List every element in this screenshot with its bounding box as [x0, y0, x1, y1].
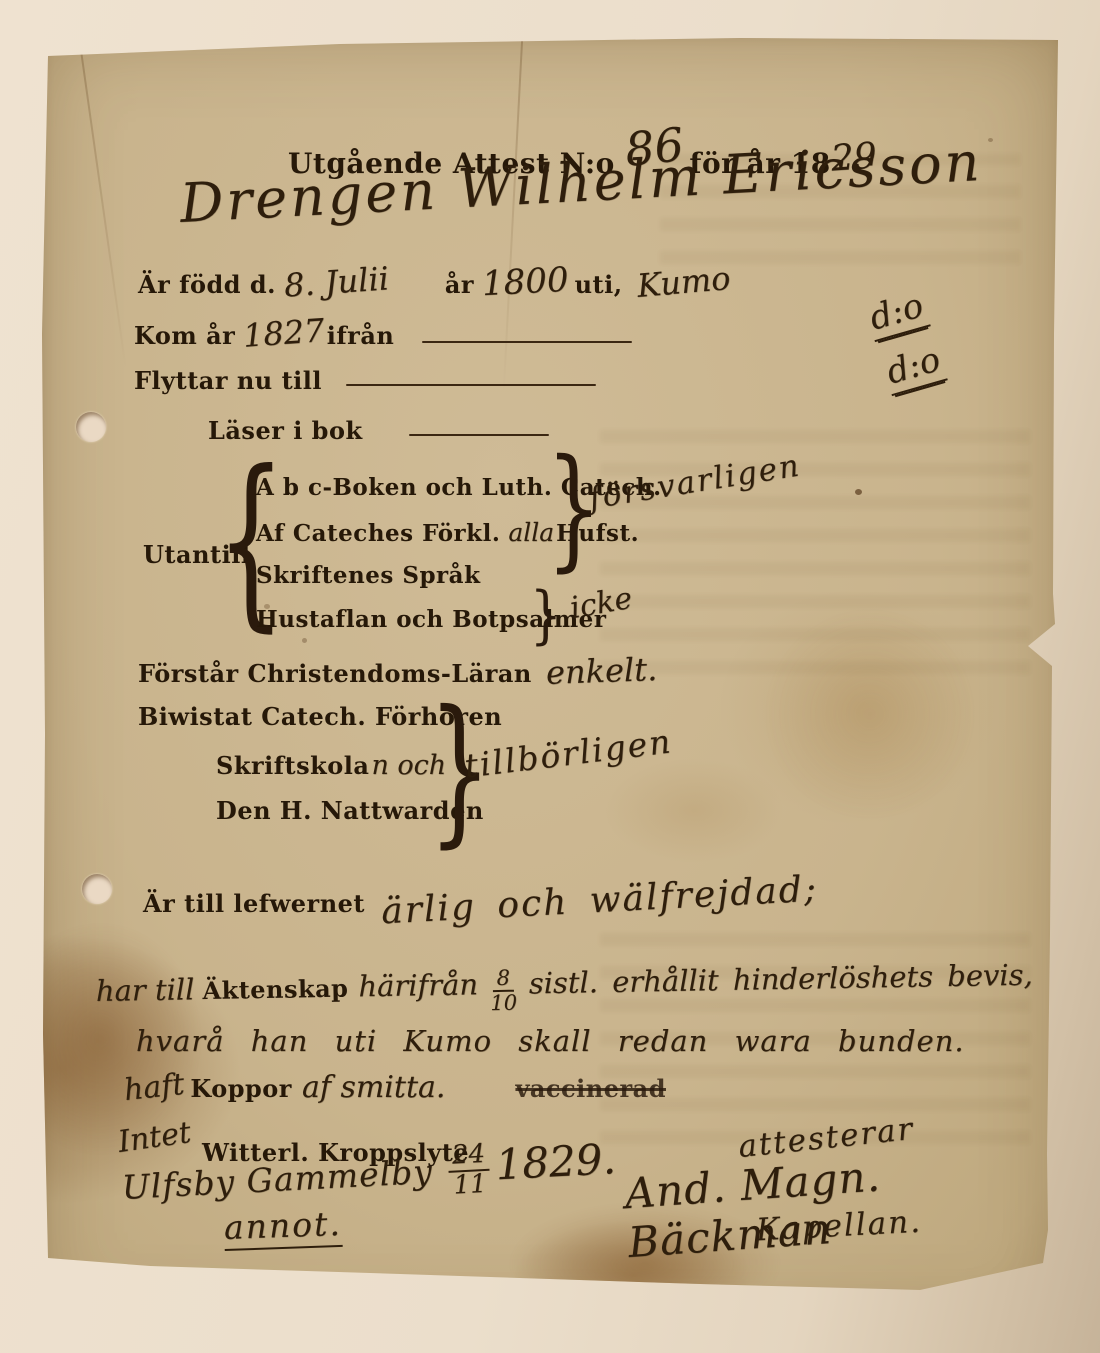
born-uti-label: uti, — [575, 270, 623, 299]
marriage-line2: hvarå han uti Kumo skall redan wara bund… — [136, 1024, 965, 1058]
fill-in-line — [422, 341, 632, 343]
paper-crease-left — [79, 43, 127, 370]
born-year-label: år — [445, 270, 474, 299]
ink-spot — [988, 138, 993, 142]
came-label2: ifrån — [327, 321, 395, 350]
utantill-item2-label: Af Cateches Förkl. — [256, 520, 500, 547]
fill-in-line — [346, 384, 596, 386]
fraction-numerator: 24 — [447, 1141, 490, 1173]
understanding-handwritten: enkelt. — [545, 650, 657, 692]
smallpox-hand1: haft — [122, 1067, 186, 1108]
moving-line: Flyttar nu till — [134, 366, 596, 395]
punch-hole-top — [76, 412, 106, 442]
smallpox-struck-option: vaccinerad — [515, 1074, 666, 1103]
born-place-handwritten: Kumo — [635, 259, 731, 305]
dateline-year-handwritten: 1829. — [494, 1134, 617, 1189]
conduct-label: Är till lefwernet — [143, 889, 365, 918]
born-year-handwritten: 1800 — [481, 260, 570, 304]
understanding-line: Förstår Christendoms-Läran enkelt. — [138, 652, 657, 690]
smallpox-line: haft Koppor af smitta. vaccinerad — [124, 1070, 666, 1105]
document-paper: Utgående Attest N:o 86 för år 18 29 Dren… — [40, 34, 1062, 1328]
attendance-grade-handwritten: tillbörligen — [462, 721, 674, 785]
fraction-numerator: 8 — [492, 967, 514, 992]
name-line: Drengen Wilhelm Ericsson — [180, 172, 983, 235]
moving-label: Flyttar nu till — [134, 366, 322, 395]
ink-spot — [302, 638, 307, 643]
conduct-handwritten: ärlig och wälfrejdad; — [380, 869, 819, 933]
smallpox-printed-label: Koppor — [190, 1074, 292, 1103]
fraction-denominator: 10 — [490, 992, 517, 1015]
marriage-hand2: härifrån — [358, 967, 478, 1003]
brace-right-grade-bottom: } — [530, 584, 562, 647]
marriage-hand1: har till — [96, 972, 195, 1008]
bleedthrough-text — [600, 424, 1030, 694]
marriage-date-fraction: 8 10 — [490, 967, 518, 1015]
ditto-mark-came: d:o — [863, 285, 930, 342]
came-line: Kom år 1827 ifrån — [134, 314, 632, 352]
fill-in-line — [409, 434, 549, 436]
smallpox-hand2: af smitta. — [302, 1070, 446, 1105]
attendance-line2: Skriftskola n och — [216, 750, 446, 781]
punch-hole-bottom — [82, 874, 112, 904]
utantill-item3: Skriftenes Språk — [256, 562, 481, 589]
utantill-item3-label: Skriftenes Språk — [256, 562, 481, 589]
annot-label: annot. — [223, 1204, 342, 1251]
came-year-handwritten: 1827 — [242, 311, 326, 355]
fraction-denominator: 11 — [453, 1171, 487, 1200]
attendance-line2-label: Skriftskola — [216, 751, 369, 780]
marriage-line2-handwritten: hvarå han uti Kumo skall redan wara bund… — [136, 1024, 965, 1058]
ditto-mark-moving: d:o — [880, 339, 947, 396]
dateline-place-handwritten: Ulfsby Gammelby — [121, 1152, 434, 1207]
born-date-handwritten: 8. Julii — [283, 259, 390, 304]
date-line: Ulfsby Gammelby 24 11 1829. — [120, 1134, 617, 1217]
marriage-printed-label: Äktenskap — [202, 974, 349, 1006]
dateline-fraction: 24 11 — [447, 1141, 491, 1201]
came-label1: Kom år — [134, 321, 235, 350]
born-line: Är född d. 8. Julii år 1800 uti, Kumo — [138, 262, 730, 302]
born-label: Är född d. — [138, 270, 276, 299]
conduct-line: Är till lefwernet ärlig och wälfrejdad; — [143, 880, 818, 921]
